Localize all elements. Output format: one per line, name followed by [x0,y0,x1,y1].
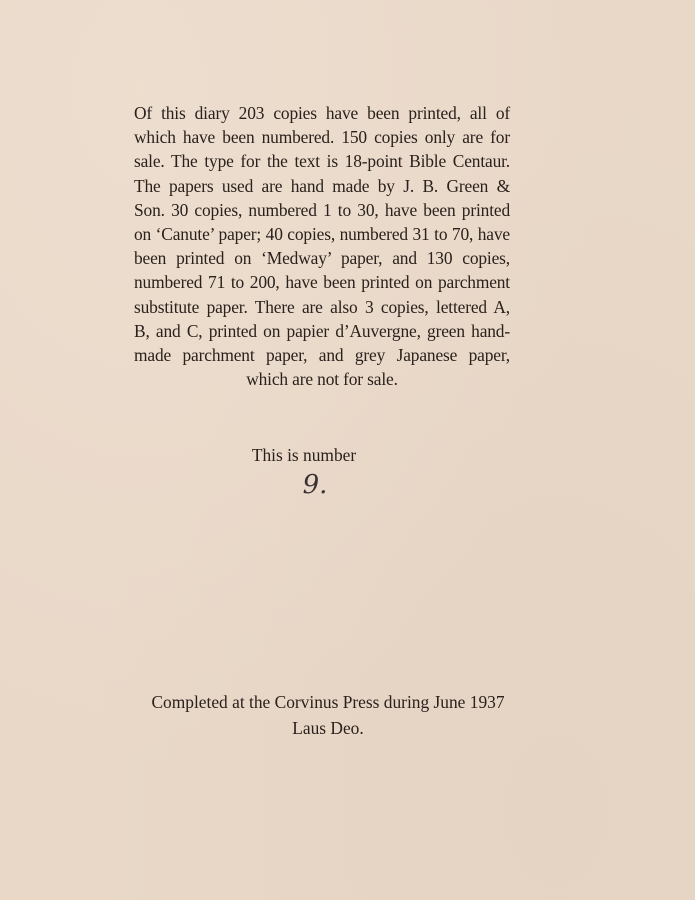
colophon-line: which are not for sale. [134,367,510,391]
colophon-line: on ‘Canute’ paper; 40 copies, numbered 3… [134,222,510,246]
printer-imprint: Completed at the Corvinus Press during J… [0,690,656,714]
colophon-line: sale. The type for the text is 18-point … [134,149,510,173]
colophon-line: substitute paper. There are also 3 copie… [134,295,510,319]
copy-number-label: This is number [0,443,608,467]
book-page: Of this diary 203 copies have been print… [0,0,695,900]
colophon-line: made parchment paper, and grey Japanese … [134,343,510,367]
colophon-line: The papers used are hand made by J. B. G… [134,174,510,198]
colophon-line: been printed on ‘Medway’ paper, and 130 … [134,246,510,270]
colophon-line: numbered 71 to 200, have been printed on… [134,270,510,294]
colophon-line: Son. 30 copies, numbered 1 to 30, have b… [134,198,510,222]
closing-dedication: Laus Deo. [0,716,656,740]
colophon-line: Of this diary 203 copies have been print… [134,101,510,125]
colophon-line: which have been numbered. 150 copies onl… [134,125,510,149]
colophon-line: B, and C, printed on papier d’Auvergne, … [134,319,510,343]
handwritten-copy-number: 9. [0,470,630,500]
colophon-paragraph: Of this diary 203 copies have been print… [134,101,510,391]
